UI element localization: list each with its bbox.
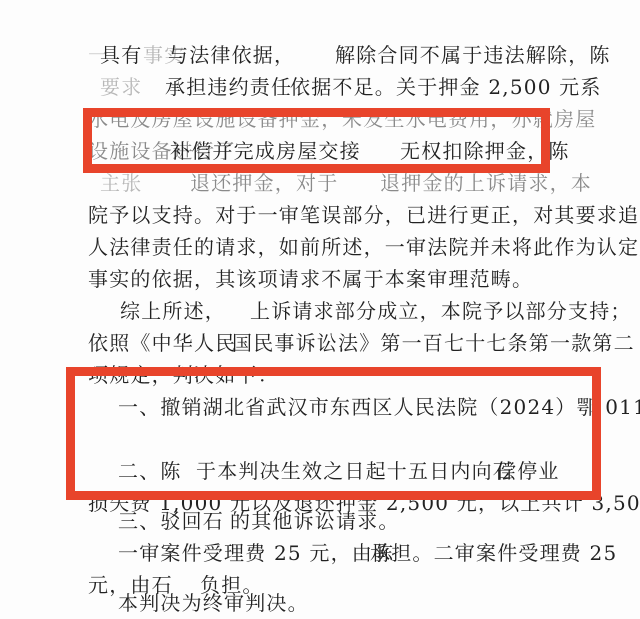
text-segment: 依据不足。关于押金 2,500 元系 bbox=[290, 72, 602, 102]
text-segment: 承担。二审案件受理费 25 bbox=[370, 538, 617, 568]
text-segment: 要求 bbox=[100, 72, 142, 102]
text-line: 本判决为终审判决。 bbox=[0, 588, 640, 618]
text-segment: 上诉请求部分成立，本院予以部分支持； bbox=[250, 296, 632, 326]
box-judgment bbox=[66, 367, 601, 500]
text-segment: 与法律依据， bbox=[168, 40, 295, 70]
text-segment: 承担违约责任 bbox=[165, 72, 292, 102]
text-line: 一具有事实与法律依据，解除合同不属于违法解除，陈 bbox=[0, 40, 640, 70]
text-line: 一审案件受理费 25 元，由陈承担。二审案件受理费 25 bbox=[0, 538, 640, 568]
text-segment: 具有 bbox=[100, 40, 142, 70]
text-segment: 事实的依据，其该项请求不属于本案审理范畴。 bbox=[88, 264, 533, 294]
text-segment: 国民事诉讼法》第一百七十七条第一款第二 bbox=[232, 328, 635, 358]
text-line: 依照《中华人民国民事诉讼法》第一百七十七条第一款第二 bbox=[0, 328, 640, 358]
text-segment: 综上所述， bbox=[120, 296, 226, 326]
text-line: 要求承担违约责任依据不足。关于押金 2,500 元系 bbox=[0, 72, 640, 102]
text-segment: 一审案件受理费 25 元，由陈 bbox=[118, 538, 394, 568]
text-segment: 的其他诉讼请求。 bbox=[230, 506, 400, 536]
text-segment: 依照《中华人民 bbox=[88, 328, 236, 358]
text-line: 院予以支持。对于一审笔误部分，已进行更正，对其要求追究证 bbox=[0, 200, 640, 230]
text-segment: 本判决为终审判决。 bbox=[118, 588, 309, 618]
text-line: 三、驳回石的其他诉讼请求。 bbox=[0, 506, 640, 536]
text-segment: 解除合同不属于违法解除，陈 bbox=[335, 40, 611, 70]
text-line: 综上所述，上诉请求部分成立，本院予以部分支持； bbox=[0, 296, 640, 326]
document-page: 一具有事实与法律依据，解除合同不属于违法解除，陈要求承担违约责任依据不足。关于押… bbox=[0, 0, 640, 619]
text-segment: 院予以支持。对于一审笔误部分，已进行更正，对其要求追究证 bbox=[88, 200, 640, 230]
text-segment: 三、驳回石 bbox=[118, 506, 224, 536]
box-deposit bbox=[83, 108, 550, 173]
text-segment: 人法律责任的请求，如前所述，一审法院并未将此作为认定案件 bbox=[88, 232, 640, 262]
text-line: 人法律责任的请求，如前所述，一审法院并未将此作为认定案件 bbox=[0, 232, 640, 262]
text-line: 事实的依据，其该项请求不属于本案审理范畴。 bbox=[0, 264, 640, 294]
